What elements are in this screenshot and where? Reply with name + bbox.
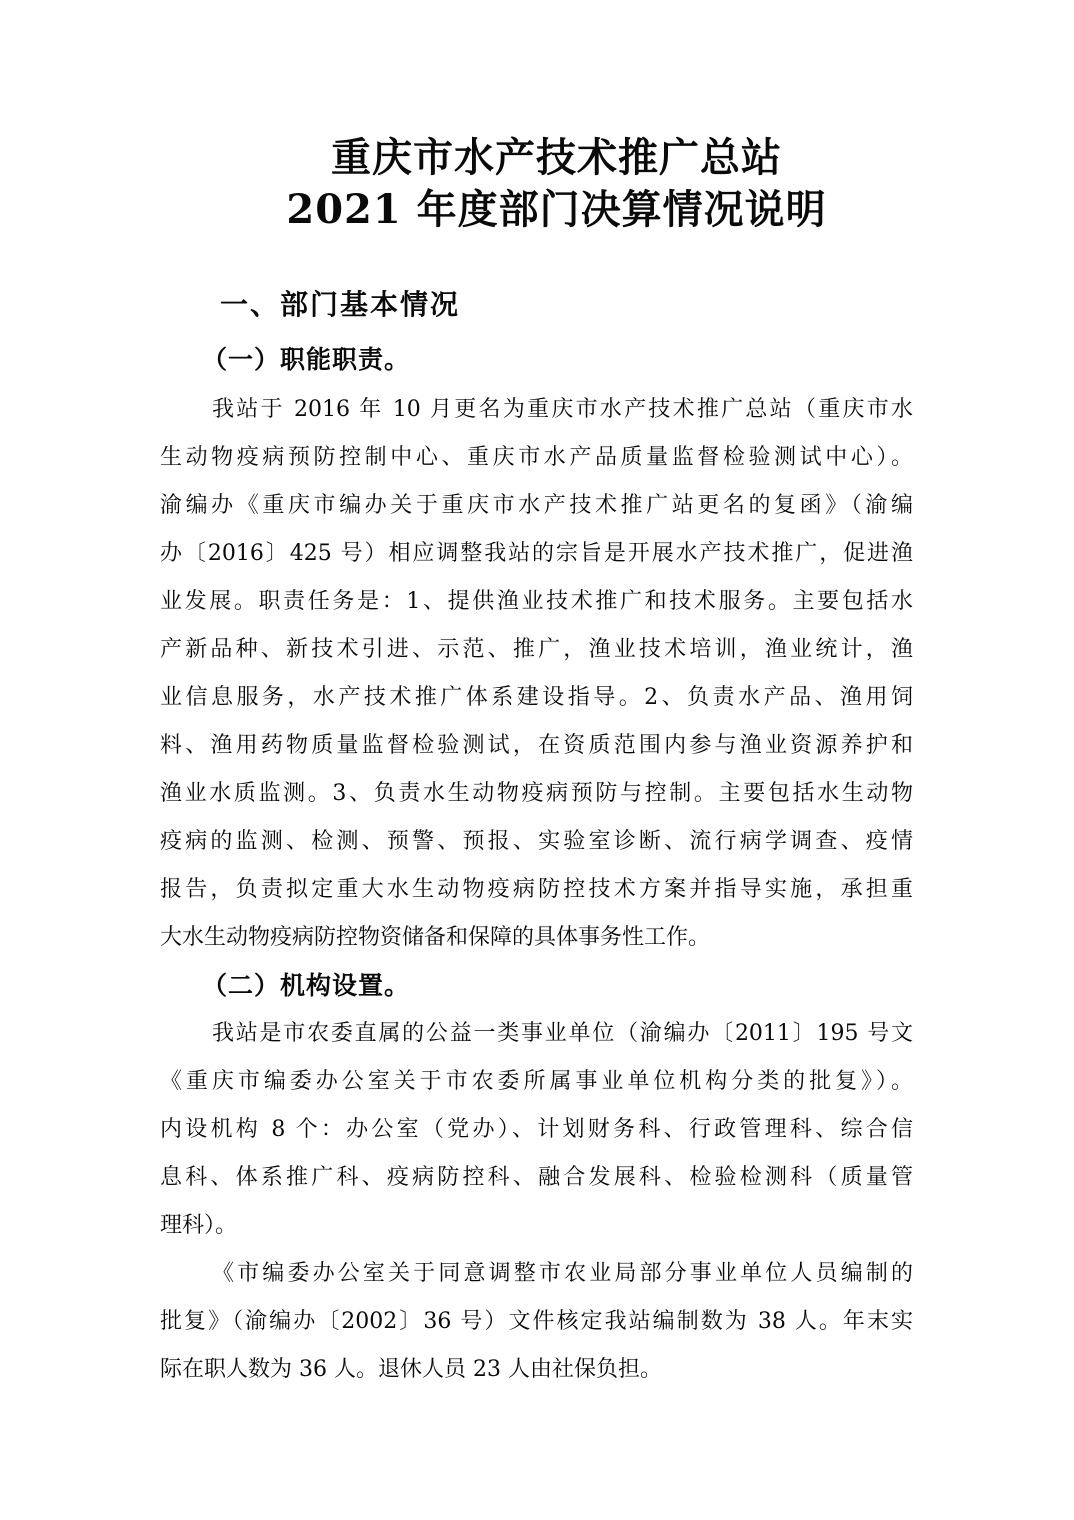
paragraph-line: 《市编委办公室关于同意调整市农业局部分事业单位人员编制的 (160, 1250, 913, 1298)
document-title-line-2: 2021 年度部门决算情况说明 (200, 184, 913, 236)
paragraph-line: 《重庆市编委办公室关于市农委所属事业单位机构分类的批复》）。 (160, 1058, 913, 1106)
subsection-heading-organization-setup: （二）机构设置。 (202, 962, 913, 1010)
subsection-heading-functions-duties: （一）职能职责。 (202, 336, 913, 384)
paragraph-functions-duties: 我站于 2016 年 10 月更名为重庆市水产技术推广总站（重庆市水生动物疫病预… (160, 386, 913, 962)
paragraph-line: 料、渔用药物质量监督检验测试，在资质范围内参与渔业资源养护和 (160, 722, 913, 770)
paragraph-line: 际在职人数为 36 人。退休人员 23 人由社保负担。 (160, 1346, 913, 1394)
paragraph-line: 大水生动物疫病防控物资储备和保障的具体事务性工作。 (160, 914, 913, 962)
paragraph-line: 息科、体系推广科、疫病防控科、融合发展科、检验检测科（质量管 (160, 1154, 913, 1202)
document-title-line-1: 重庆市水产技术推广总站 (200, 132, 913, 184)
paragraph-line: 产新品种、新技术引进、示范、推广，渔业技术培训，渔业统计，渔 (160, 626, 913, 674)
paragraph-line: 渝编办《重庆市编办关于重庆市水产技术推广站更名的复函》（渝编 (160, 482, 913, 530)
paragraph-line: 我站是市农委直属的公益一类事业单位（渝编办〔2011〕195 号文 (160, 1010, 913, 1058)
paragraph-line: 业发展。职责任务是：1、提供渔业技术推广和技术服务。主要包括水 (160, 578, 913, 626)
paragraph-line: 批复》（渝编办〔2002〕36 号）文件核定我站编制数为 38 人。年末实 (160, 1298, 913, 1346)
paragraph-staffing: 《市编委办公室关于同意调整市农业局部分事业单位人员编制的批复》（渝编办〔2002… (160, 1250, 913, 1394)
paragraph-line: 疫病的监测、检测、预警、预报、实验室诊断、流行病学调查、疫情 (160, 818, 913, 866)
paragraph-line: 我站于 2016 年 10 月更名为重庆市水产技术推广总站（重庆市水 (160, 386, 913, 434)
section-heading-basic-information: 一、部门基本情况 (220, 285, 913, 325)
paragraph-line: 内设机构 8 个：办公室（党办）、计划财务科、行政管理科、综合信 (160, 1106, 913, 1154)
paragraph-line: 业信息服务，水产技术推广体系建设指导。2、负责水产品、渔用饲 (160, 674, 913, 722)
paragraph-organization-setup: 我站是市农委直属的公益一类事业单位（渝编办〔2011〕195 号文《重庆市编委办… (160, 1010, 913, 1250)
document-title: 重庆市水产技术推广总站 2021 年度部门决算情况说明 (160, 132, 913, 236)
paragraph-line: 渔业水质监测。3、负责水生动物疫病预防与控制。主要包括水生动物 (160, 770, 913, 818)
document-page: 重庆市水产技术推广总站 2021 年度部门决算情况说明 一、部门基本情况 （一）… (0, 0, 1074, 1520)
paragraph-line: 生动物疫病预防控制中心、重庆市水产品质量监督检验测试中心）。 (160, 434, 913, 482)
paragraph-line: 理科）。 (160, 1202, 913, 1250)
paragraph-line: 办〔2016〕425 号）相应调整我站的宗旨是开展水产技术推广，促进渔 (160, 530, 913, 578)
paragraph-line: 报告，负责拟定重大水生动物疫病防控技术方案并指导实施，承担重 (160, 866, 913, 914)
